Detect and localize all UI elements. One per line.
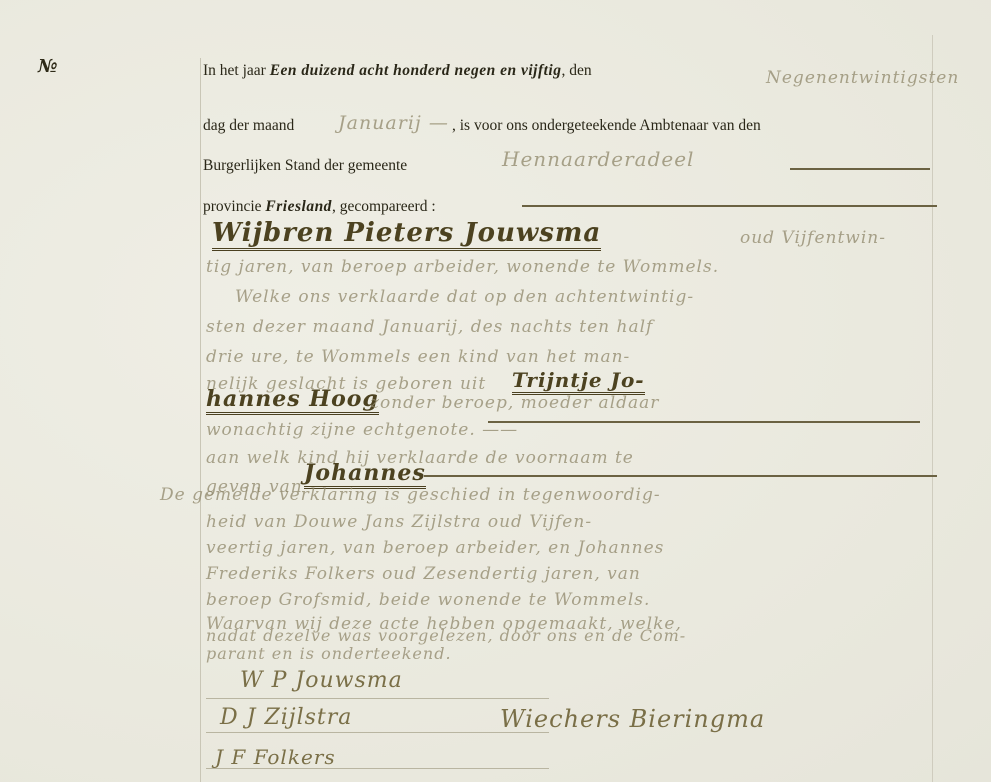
body-line: oud Vijfentwin- <box>740 228 886 248</box>
right-margin-rule <box>932 35 933 782</box>
body-line: drie ure, te Wommels een kind van het ma… <box>206 347 630 367</box>
body-line: sten dezer maand Januarij, des nachts te… <box>206 317 653 337</box>
maand-label: dag der maand <box>203 117 294 134</box>
body-line: parant en is onderteekend. <box>206 644 452 663</box>
number-mark: № <box>38 56 58 77</box>
signature-rule <box>206 698 549 699</box>
body-line: Frederiks Folkers oud Zesendertig jaren,… <box>206 564 641 584</box>
signature-official: Wiechers Bieringma <box>500 705 765 733</box>
signature-rule <box>206 732 549 733</box>
province-name: Friesland <box>265 198 332 215</box>
mother-name-part2: hannes Hoog <box>206 386 379 415</box>
printed-line-3: Burgerlijken Stand der gemeente <box>203 157 407 175</box>
signature-witness-2: J F Folkers <box>215 745 336 769</box>
handwritten-day: Negenentwintigsten <box>766 68 959 88</box>
mother-name-part1: Trijntje Jo- <box>512 368 645 395</box>
declarant-name: Wijbren Pieters Jouwsma <box>212 218 601 251</box>
body-line: nadat dezelve was voorgelezen, door ons … <box>206 626 686 645</box>
handwritten-municipality: Hennaarderadeel <box>502 147 694 171</box>
document-page: № In het jaar Een duizend acht honderd n… <box>0 0 991 782</box>
printed-line-4: provincie Friesland, gecompareerd : <box>203 198 436 216</box>
printed-line-1: In het jaar Een duizend acht honderd neg… <box>203 62 592 80</box>
body-line: veertig jaren, van beroep arbeider, en J… <box>206 538 664 558</box>
ambtenaar-text: , is voor ons ondergeteekende Ambtenaar … <box>452 117 761 134</box>
den-text: , den <box>561 62 591 79</box>
fill-rule <box>488 421 920 423</box>
handwritten-month: Januarij — <box>338 112 449 134</box>
provincie-label: provincie <box>203 198 262 215</box>
fill-rule <box>522 205 937 207</box>
body-line: beroep Grofsmid, beide wonende te Wommel… <box>206 590 650 610</box>
body-line: Welke ons verklaarde dat op den achtentw… <box>235 287 694 307</box>
body-line: wonachtig zijne echtgenote. —— <box>206 420 518 440</box>
margin-rule <box>200 58 201 782</box>
intro-text: In het jaar <box>203 62 266 79</box>
body-line: De gemelde verklaring is geschied in teg… <box>160 485 661 505</box>
gemeente-label: Burgerlijken Stand der gemeente <box>203 157 407 174</box>
signature-declarant: W P Jouwsma <box>240 668 403 693</box>
fill-rule <box>424 475 937 477</box>
signature-rule <box>206 768 549 769</box>
body-line: heid van Douwe Jans Zijlstra oud Vijfen- <box>206 512 592 532</box>
printed-line-2: dag der maand , is voor ons ondergeteeke… <box>203 117 761 135</box>
body-line: zonder beroep, moeder aldaar <box>370 393 659 413</box>
signature-witness-1: D J Zijlstra <box>220 705 352 730</box>
body-line: tig jaren, van beroep arbeider, wonende … <box>206 257 719 277</box>
gecompareerd-text: , gecompareerd : <box>332 198 436 215</box>
year-text: Een duizend acht honderd negen en vijfti… <box>270 62 562 79</box>
fill-rule <box>790 168 930 170</box>
